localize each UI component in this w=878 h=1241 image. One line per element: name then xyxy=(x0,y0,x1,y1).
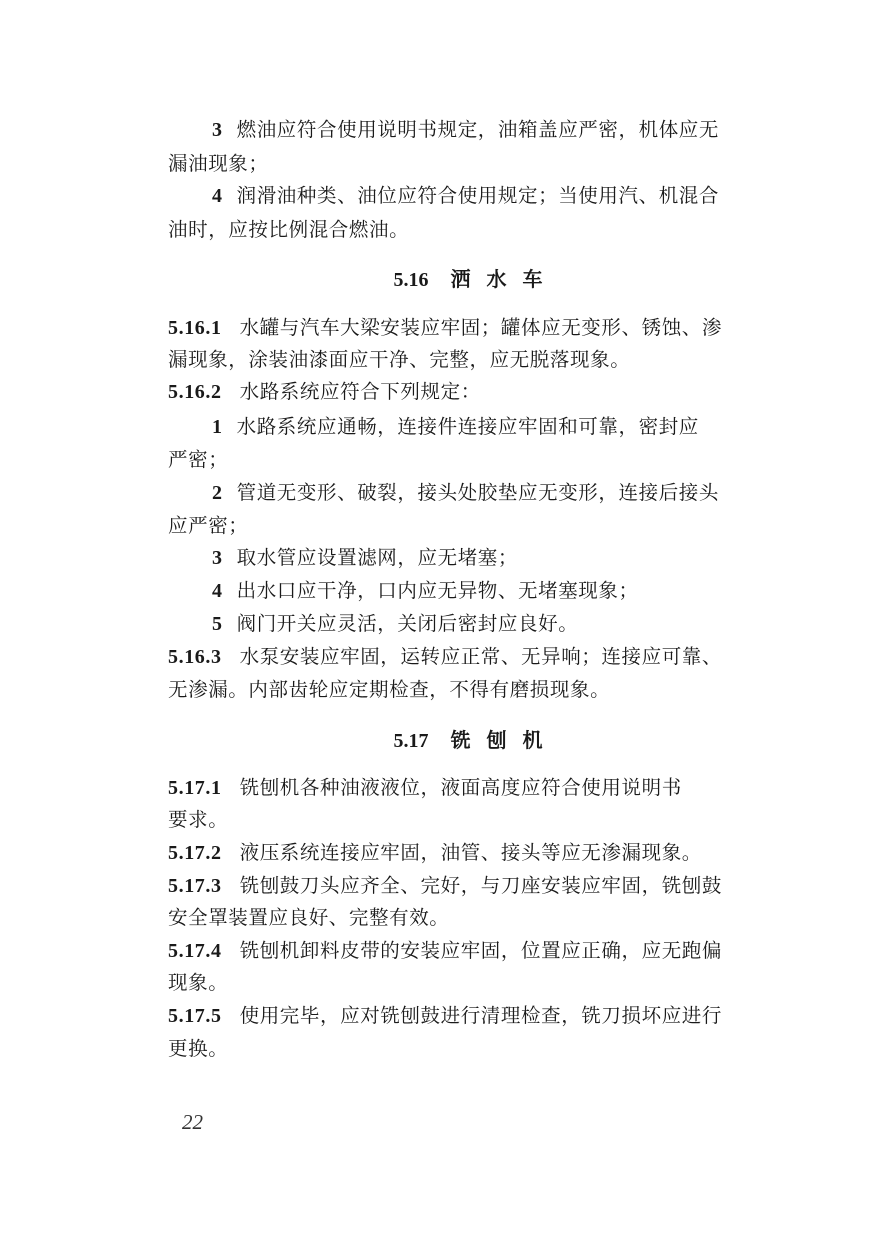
clause-number: 5.16.1 xyxy=(168,317,222,339)
item-text: 阀门开关应灵活，关闭后密封应良好。 xyxy=(237,612,579,635)
clause-number: 5.17.4 xyxy=(168,940,222,962)
clause-number: 5.17.1 xyxy=(168,777,222,799)
item-text: 取水管应设置滤网，应无堵塞； xyxy=(237,546,518,569)
clause-line: 5.17.3铣刨鼓刀头应齐全、完好，与刀座安装应牢固，铣刨鼓 xyxy=(168,872,784,900)
list-item-line: 5阀门开关应灵活，关闭后密封应良好。 xyxy=(212,610,784,638)
clause-text: 水路系统应符合下列规定： xyxy=(240,380,481,403)
clause-text: 使用完毕，应对铣刨鼓进行清理检查，铣刀损坏应进行 xyxy=(240,1004,722,1027)
clause-text: 水罐与汽车大梁安装应牢固；罐体应无变形、锈蚀、渗 xyxy=(240,316,722,339)
item-text: 出水口应干净，口内应无异物、无堵塞现象； xyxy=(237,579,639,602)
clause-line: 5.16.2水路系统应符合下列规定： xyxy=(168,378,784,406)
clause-number: 5.17.2 xyxy=(168,842,222,864)
list-item-line: 3取水管应设置滤网，应无堵塞； xyxy=(212,544,784,572)
item-text: 水路系统应通畅，连接件连接应牢固和可靠，密封应 xyxy=(237,415,699,438)
clause-text: 铣刨机各种油液液位，液面高度应符合使用说明书 xyxy=(240,776,682,799)
clause-text: 铣刨鼓刀头应齐全、完好，与刀座安装应牢固，铣刨鼓 xyxy=(240,874,722,897)
item-number: 1 xyxy=(212,416,223,438)
item-number: 4 xyxy=(212,185,223,207)
item-text: 管道无变形、破裂，接头处胶垫应无变形，连接后接头 xyxy=(237,481,719,504)
clause-number: 5.17.5 xyxy=(168,1005,222,1027)
item-number: 5 xyxy=(212,613,223,635)
clause-continuation: 更换。 xyxy=(168,1035,784,1063)
section-heading: 5.16洒水车 xyxy=(168,265,784,294)
section-title: 铣刨机 xyxy=(451,728,559,752)
page-number: 22 xyxy=(182,1110,203,1135)
item-number: 4 xyxy=(212,580,223,602)
clause-continuation: 漏现象，涂装油漆面应干净、完整，应无脱落现象。 xyxy=(168,346,784,374)
list-item-continuation: 应严密； xyxy=(168,512,784,540)
clause-line: 5.17.1铣刨机各种油液液位，液面高度应符合使用说明书 xyxy=(168,774,784,802)
section-heading: 5.17铣刨机 xyxy=(168,726,784,755)
clause-continuation: 要求。 xyxy=(168,806,784,834)
clause-continuation: 安全罩装置应良好、完整有效。 xyxy=(168,904,784,932)
list-item-line: 4润滑油种类、油位应符合使用规定；当使用汽、机混合 xyxy=(212,182,784,210)
clause-number: 5.16.2 xyxy=(168,381,222,403)
section-title: 洒水车 xyxy=(451,267,559,291)
item-number: 3 xyxy=(212,119,223,141)
clause-line: 5.16.1水罐与汽车大梁安装应牢固；罐体应无变形、锈蚀、渗 xyxy=(168,314,784,342)
clause-number: 5.16.3 xyxy=(168,646,222,668)
clause-text: 铣刨机卸料皮带的安装应牢固，位置应正确，应无跑偏 xyxy=(240,939,722,962)
item-number: 3 xyxy=(212,547,223,569)
list-item-continuation: 油时，应按比例混合燃油。 xyxy=(168,216,784,244)
section-number: 5.16 xyxy=(394,269,429,291)
clause-line: 5.17.2液压系统连接应牢固，油管、接头等应无渗漏现象。 xyxy=(168,839,784,867)
list-item-line: 2管道无变形、破裂，接头处胶垫应无变形，连接后接头 xyxy=(212,479,784,507)
clause-number: 5.17.3 xyxy=(168,875,222,897)
list-item-continuation: 漏油现象； xyxy=(168,150,784,178)
list-item-continuation: 严密； xyxy=(168,446,784,474)
clause-line: 5.17.5使用完毕，应对铣刨鼓进行清理检查，铣刀损坏应进行 xyxy=(168,1002,784,1030)
clause-line: 5.17.4铣刨机卸料皮带的安装应牢固，位置应正确，应无跑偏 xyxy=(168,937,784,965)
clause-continuation: 无渗漏。内部齿轮应定期检查，不得有磨损现象。 xyxy=(168,676,784,704)
list-item-line: 3燃油应符合使用说明书规定，油箱盖应严密，机体应无 xyxy=(212,116,784,144)
clause-text: 液压系统连接应牢固，油管、接头等应无渗漏现象。 xyxy=(240,841,702,864)
item-number: 2 xyxy=(212,482,223,504)
clause-text: 水泵安装应牢固，运转应正常、无异响；连接应可靠、 xyxy=(240,645,722,668)
list-item-line: 4出水口应干净，口内应无异物、无堵塞现象； xyxy=(212,577,784,605)
section-number: 5.17 xyxy=(394,730,429,752)
list-item-line: 1水路系统应通畅，连接件连接应牢固和可靠，密封应 xyxy=(212,413,784,441)
item-text: 润滑油种类、油位应符合使用规定；当使用汽、机混合 xyxy=(237,184,719,207)
clause-continuation: 现象。 xyxy=(168,969,784,997)
clause-line: 5.16.3水泵安装应牢固，运转应正常、无异响；连接应可靠、 xyxy=(168,643,784,671)
item-text: 燃油应符合使用说明书规定，油箱盖应严密，机体应无 xyxy=(237,118,719,141)
